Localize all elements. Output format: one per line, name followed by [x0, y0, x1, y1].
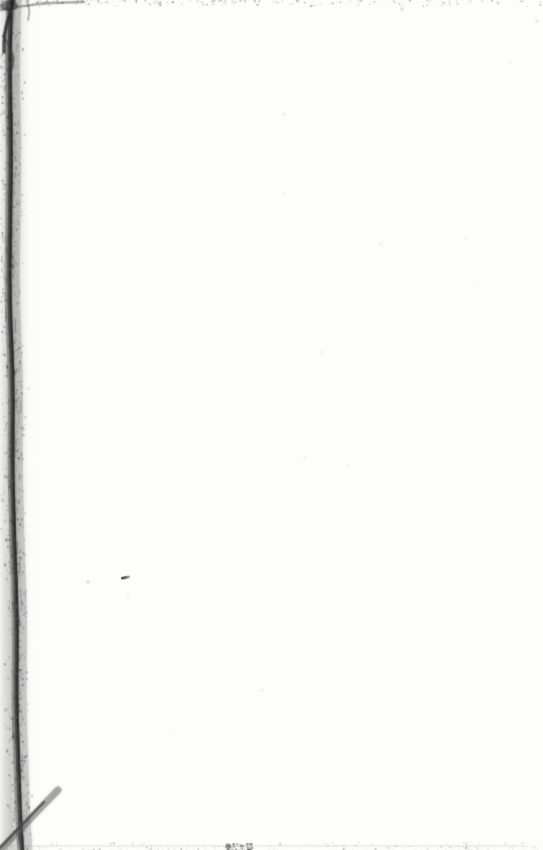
scanned-page: [0, 0, 543, 850]
scan-texture-canvas: [0, 0, 543, 850]
